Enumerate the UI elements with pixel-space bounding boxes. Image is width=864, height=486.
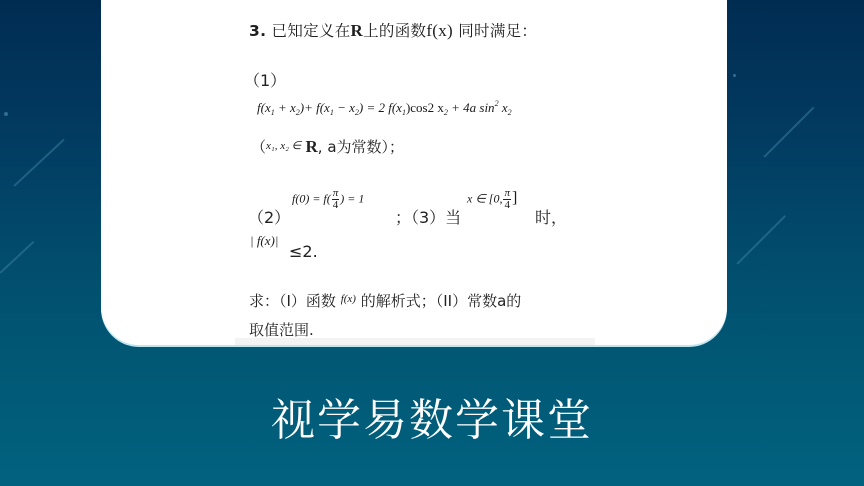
title-text: 同时满足： — [453, 22, 537, 40]
title-text: 已知定义在 — [272, 22, 351, 40]
condition-1-note: （x₁, x₂ ∈ R, a为常数）； — [251, 136, 404, 157]
condition-3-bound: ≤2. — [289, 242, 318, 261]
condition-2-equation: f(0) = f(π4) = 1 — [292, 188, 364, 211]
condition-1-equation: f(x1 + x2)+ f(x1 − x2) = 2 f(x1)cos2 x2 … — [257, 99, 512, 117]
function-symbol: f(x) — [426, 21, 453, 40]
condition-1-label: （1） — [244, 68, 286, 91]
question-number: 3. — [249, 22, 266, 40]
condition-2-label: （2） — [248, 205, 290, 228]
condition-3-abs: | f(x)| — [250, 233, 278, 249]
question-title: 3. 已知定义在R上的函数f(x) 同时满足： — [249, 19, 537, 41]
real-set-symbol: R — [351, 21, 364, 40]
question-ask-line2: 取值范围. — [249, 319, 314, 340]
title-text: 上的函数 — [363, 22, 426, 40]
condition-3-interval: x ∈ [0,π4] — [467, 188, 517, 211]
condition-3-label: ；（3）当 — [395, 205, 461, 228]
brand-title: 视学易数学课堂 — [0, 384, 864, 448]
condition-3-when: 时， — [535, 205, 567, 228]
question-ask: 求：（I）函数 f(x) 的解析式；（II）常数a的 — [249, 290, 521, 311]
